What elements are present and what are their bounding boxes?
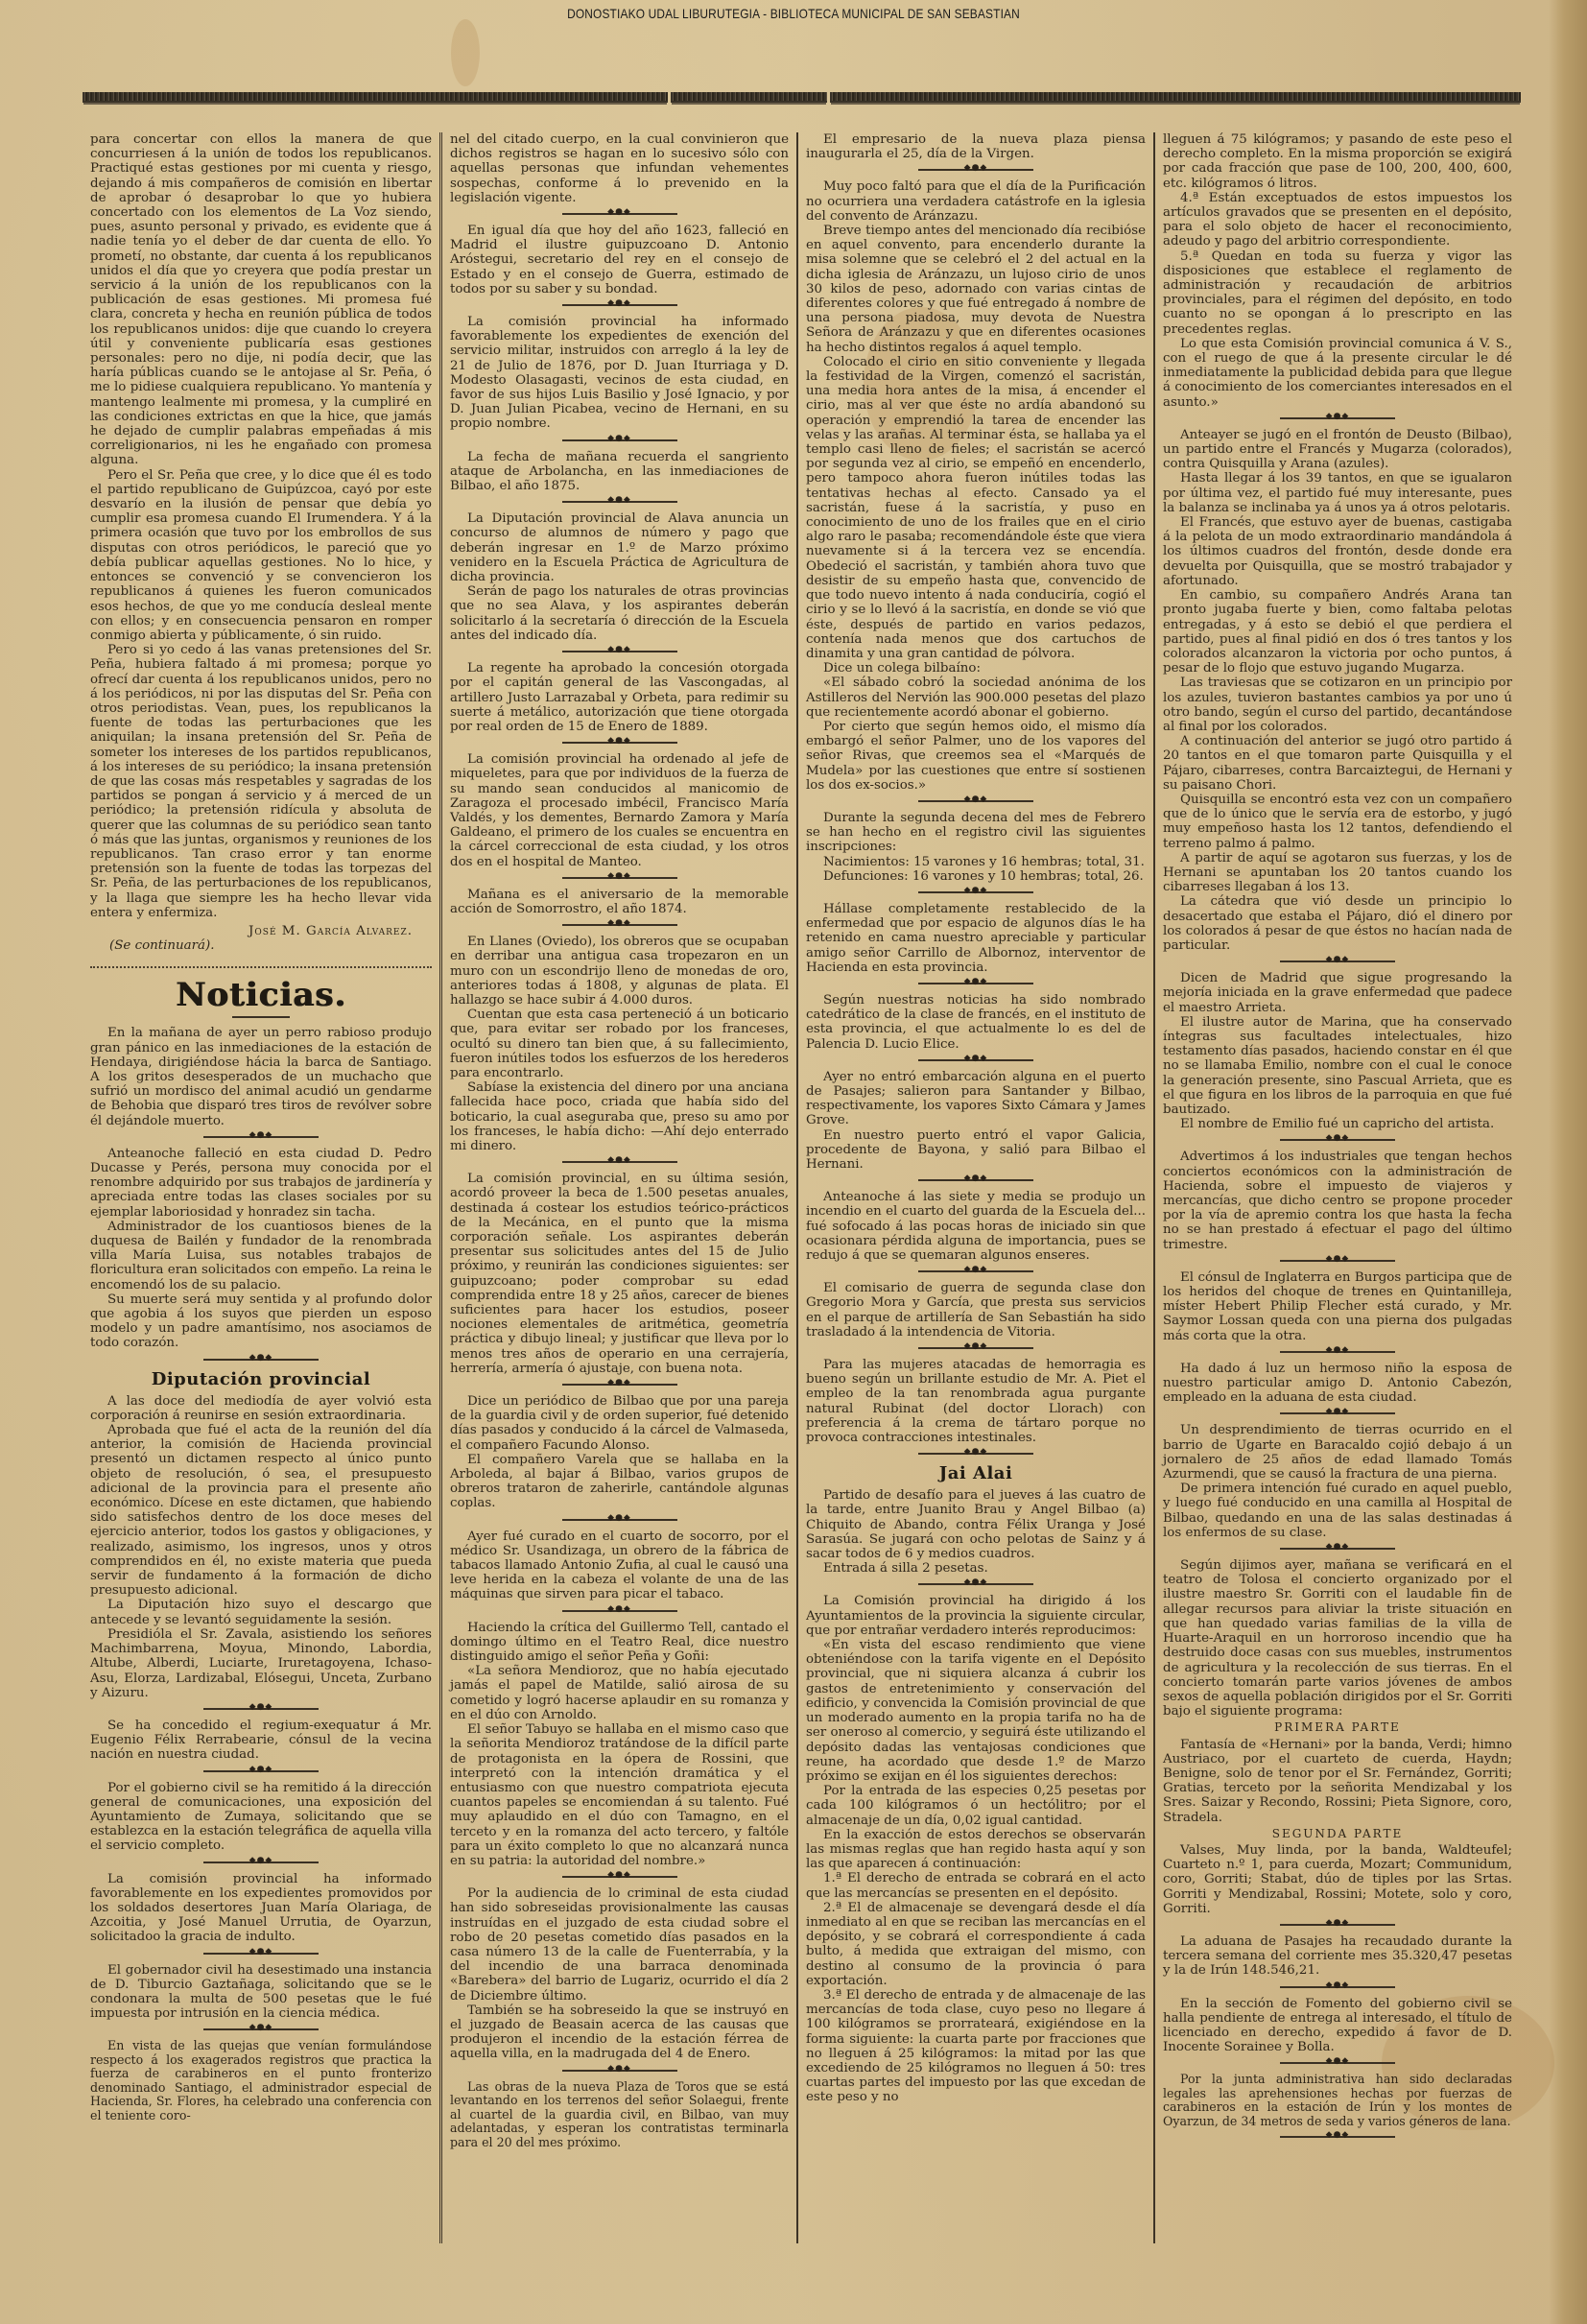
ornamental-separator	[1280, 1983, 1395, 1991]
news-paragraph: Dicen de Madrid que sigue progresando la…	[1163, 971, 1512, 1015]
news-paragraph: Se ha concedido el regium-exequatur á Mr…	[90, 1719, 432, 1763]
news-paragraph: Lo que esta Comisión provincial comunica…	[1163, 337, 1512, 410]
news-paragraph: Ayer fué curado en el cuarto de socorro,…	[450, 1530, 789, 1602]
news-paragraph: El nombre de Emilio fué un capricho del …	[1163, 1117, 1512, 1131]
news-paragraph: Colocado el cirio en sitio conveniente y…	[806, 355, 1146, 661]
ornamental-separator	[203, 1705, 319, 1713]
news-paragraph: A las doce del mediodía de ayer volvió e…	[90, 1394, 432, 1423]
news-paragraph: Muy poco faltó para que el día de la Pur…	[806, 179, 1146, 224]
news-paragraph: El cónsul de Inglaterra en Burgos partic…	[1163, 1270, 1512, 1343]
ornamental-separator	[1280, 2059, 1395, 2067]
news-paragraph: 2.ª El de almacenaje se devengará desde …	[806, 1901, 1146, 1988]
news-paragraph: Defunciones: 16 varones y 10 hembras; to…	[806, 869, 1146, 884]
news-paragraph: Para las mujeres atacadas de hemorragia …	[806, 1358, 1146, 1445]
ornamental-separator	[1280, 415, 1395, 422]
column-3: El empresario de la nueva plaza piensa i…	[796, 132, 1153, 2243]
news-paragraph: El Francés, que estuvo ayer de buenas, c…	[1163, 515, 1512, 588]
library-watermark: DONOSTIAKO UDAL LIBURUTEGIA - BIBLIOTECA…	[119, 6, 1468, 21]
ornamental-separator	[562, 1873, 677, 1881]
news-paragraph: nel del citado cuerpo, en la cual convin…	[450, 132, 789, 205]
news-paragraph: Entrada á silla 2 pesetas.	[806, 1561, 1146, 1576]
news-paragraph: El señor Tabuyo se hallaba en el mismo c…	[450, 1722, 789, 1868]
news-paragraph: Fantasía de «Hernani» por la banda, Verd…	[1163, 1738, 1512, 1825]
news-paragraph: En vista de las quejas que venían formul…	[90, 2039, 432, 2122]
news-paragraph: Serán de pago los naturales de otras pro…	[450, 584, 789, 643]
news-paragraph: Dice un colega bilbaíno:	[806, 661, 1146, 676]
ornamental-separator	[918, 1268, 1033, 1275]
ornamental-separator	[562, 648, 677, 655]
ornamental-separator	[562, 874, 677, 882]
program-subheading: Primera parte	[1163, 1720, 1512, 1735]
section-heading: Jai Alai	[806, 1463, 1146, 1484]
news-paragraph: Anteanoche á las siete y media se produj…	[806, 1190, 1146, 1263]
news-paragraph: Partido de desafío para el jueves á las …	[806, 1488, 1146, 1561]
news-paragraph: Nacimientos: 15 varones y 16 hembras; to…	[806, 855, 1146, 869]
news-paragraph: Pero el Sr. Peña que cree, y lo dice que…	[90, 468, 432, 643]
ornamental-separator	[562, 739, 677, 747]
news-paragraph: La comisión provincial ha ordenado al je…	[450, 752, 789, 869]
news-paragraph: Breve tiempo antes del mencionado día re…	[806, 224, 1146, 355]
news-paragraph: En Llanes (Oviedo), los obreros que se o…	[450, 935, 789, 1008]
section-headline: Noticias.	[90, 974, 432, 1016]
news-paragraph: La comisión provincial ha informado favo…	[90, 1872, 432, 1945]
ornamental-separator	[203, 1356, 319, 1364]
ornamental-separator	[203, 1133, 319, 1141]
ornamental-separator	[918, 797, 1033, 805]
news-paragraph: La comisión provincial, en su última ses…	[450, 1172, 789, 1376]
news-paragraph: Pero si yo cedo á las vanas pretensiones…	[90, 643, 432, 920]
author-signature: José M. García Alvarez.	[90, 924, 432, 938]
news-paragraph: Haciendo la crítica del Guillermo Tell, …	[450, 1621, 789, 1665]
continuation-note: (Se continuará).	[90, 938, 432, 953]
ornamental-separator	[918, 1176, 1033, 1184]
news-paragraph: En la mañana de ayer un perro rabioso pr…	[90, 1026, 432, 1127]
news-paragraph: Aprobada que fué el acta de la reunión d…	[90, 1423, 432, 1598]
ornamental-separator	[203, 2026, 319, 2033]
ornamental-separator	[562, 921, 677, 929]
news-paragraph: Sabíase la existencia del dinero por una…	[450, 1080, 789, 1153]
news-paragraph: Valses, Muy linda, por la banda, Waldteu…	[1163, 1843, 1512, 1916]
news-paragraph: Su muerte será muy sentida y al profundo…	[90, 1292, 432, 1351]
news-paragraph: lleguen á 75 kilógramos; y pasando de es…	[1163, 132, 1512, 191]
news-paragraph: Anteanoche falleció en esta ciudad D. Pe…	[90, 1147, 432, 1220]
ornamental-separator	[562, 1516, 677, 1524]
ornamental-separator	[203, 1950, 319, 1957]
news-paragraph: De primera intención fué curado en aquel…	[1163, 1482, 1512, 1540]
ornamental-separator	[562, 1381, 677, 1388]
news-paragraph: Ayer no entró embarcación alguna en el p…	[806, 1070, 1146, 1128]
ornamental-separator	[1280, 1348, 1395, 1356]
news-paragraph: Hasta llegar á los 39 tantos, en que se …	[1163, 471, 1512, 515]
column-1: para concertar con ellos la manera de qu…	[83, 132, 439, 2243]
ornamental-separator	[918, 889, 1033, 896]
news-paragraph: El comisario de guerra de segunda clase …	[806, 1281, 1146, 1340]
news-paragraph: Las traviesas que se cotizaron en un pri…	[1163, 676, 1512, 734]
ornamental-separator	[918, 1580, 1033, 1588]
news-paragraph: Un desprendimiento de tierras ocurrido e…	[1163, 1423, 1512, 1482]
section-heading: Diputación provincial	[90, 1369, 432, 1390]
wavy-rule	[90, 959, 432, 968]
ornamental-separator	[562, 437, 677, 444]
news-paragraph: Cuentan que esta casa perteneció á un bo…	[450, 1008, 789, 1080]
news-paragraph: «El sábado cobró la sociedad anónima de …	[806, 676, 1146, 720]
news-paragraph: El empresario de la nueva plaza piensa i…	[806, 132, 1146, 161]
page-edge-shadow	[1549, 0, 1587, 2324]
ornamental-separator	[918, 1450, 1033, 1458]
news-paragraph: 5.ª Quedan en toda su fuerza y vigor las…	[1163, 249, 1512, 337]
ornamental-separator	[918, 1344, 1033, 1352]
ornamental-separator	[562, 498, 677, 506]
news-paragraph: La Comisión provincial ha dirigido á los…	[806, 1594, 1146, 1638]
news-paragraph: Dice un periódico de Bilbao que por una …	[450, 1394, 789, 1453]
ornamental-separator	[918, 980, 1033, 987]
news-paragraph: 4.ª Están exceptuados de estos impuestos…	[1163, 191, 1512, 249]
news-paragraph: La Diputación hizo suyo el descargo que …	[90, 1598, 432, 1626]
column-4: lleguen á 75 kilógramos; y pasando de es…	[1153, 132, 1520, 2243]
news-paragraph: Durante la segunda decena del mes de Feb…	[806, 811, 1146, 855]
news-paragraph: La aduana de Pasajes ha recaudado durant…	[1163, 1934, 1512, 1979]
news-paragraph: En la exacción de estos derechos se obse…	[806, 1828, 1146, 1872]
ornamental-separator	[1280, 958, 1395, 965]
masthead-rule	[83, 92, 1522, 106]
news-paragraph: Según dijimos ayer, mañana se verificará…	[1163, 1558, 1512, 1719]
news-paragraph: A continuación del anterior se jugó otro…	[1163, 734, 1512, 793]
news-paragraph: 1.ª El derecho de entrada se cobrará en …	[806, 1871, 1146, 1900]
news-paragraph: Las obras de la nueva Plaza de Toros que…	[450, 2080, 789, 2150]
news-paragraph: Por la entrada de las especies 0,25 pese…	[806, 1784, 1146, 1828]
ornamental-separator	[1280, 1257, 1395, 1265]
news-paragraph: En la sección de Fomento del gobierno ci…	[1163, 1997, 1512, 2055]
news-paragraph: Quisquilla se encontró esta vez con un c…	[1163, 793, 1512, 851]
news-paragraph: El compañero Varela que se hallaba en la…	[450, 1453, 789, 1511]
news-paragraph: Hállase completamente restablecido de la…	[806, 902, 1146, 975]
news-paragraph: En nuestro puerto entró el vapor Galicia…	[806, 1128, 1146, 1173]
headline-underline	[232, 1016, 290, 1018]
newspaper-columns: para concertar con ellos la manera de qu…	[83, 132, 1520, 2243]
news-paragraph: para concertar con ellos la manera de qu…	[90, 132, 432, 468]
ornamental-separator	[562, 301, 677, 309]
news-paragraph: «En vista del escaso rendimiento que vie…	[806, 1638, 1146, 1784]
news-paragraph: La cátedra que vió desde un principio lo…	[1163, 894, 1512, 953]
ornamental-separator	[203, 1767, 319, 1775]
ornamental-separator	[1280, 1410, 1395, 1417]
news-paragraph: La Diputación provincial de Alava anunci…	[450, 511, 789, 584]
news-paragraph: La comisión provincial ha informado favo…	[450, 315, 789, 432]
news-paragraph: En cambio, su compañero Andrés Arana tan…	[1163, 588, 1512, 676]
news-paragraph: «La señora Mendioroz, que no había ejecu…	[450, 1664, 789, 1722]
news-paragraph: Por el gobierno civil se ha remitido á l…	[90, 1781, 432, 1854]
column-2: nel del citado cuerpo, en la cual convin…	[439, 132, 796, 2243]
news-paragraph: Presidióla el Sr. Zavala, asistiendo los…	[90, 1627, 432, 1700]
ornamental-separator	[562, 210, 677, 218]
news-paragraph: La regente ha aprobado la concesión otor…	[450, 661, 789, 734]
news-paragraph: Advertimos á los industriales que tengan…	[1163, 1150, 1512, 1251]
ornamental-separator	[1280, 1136, 1395, 1144]
news-paragraph: Por la junta administrativa han sido dec…	[1163, 2073, 1512, 2128]
news-paragraph: Mañana es el aniversario de la memorable…	[450, 888, 789, 916]
news-paragraph: En igual día que hoy del año 1623, falle…	[450, 224, 789, 296]
news-paragraph: 3.ª El derecho de entrada y de almacenaj…	[806, 1988, 1146, 2105]
news-paragraph: La fecha de mañana recuerda el sangrient…	[450, 450, 789, 494]
news-paragraph: Administrador de los cuantiosos bienes d…	[90, 1220, 432, 1292]
news-paragraph: Por cierto que según hemos oido, el mism…	[806, 720, 1146, 793]
program-subheading: Segunda parte	[1163, 1827, 1512, 1841]
ornamental-separator	[1280, 1545, 1395, 1553]
news-paragraph: El ilustre autor de Marina, que ha conse…	[1163, 1015, 1512, 1117]
ornamental-separator	[1280, 2133, 1395, 2141]
paper-stain	[451, 19, 480, 86]
ornamental-separator	[918, 166, 1033, 174]
news-paragraph: También se ha sobreseido la que se instr…	[450, 2004, 789, 2062]
ornamental-separator	[562, 1158, 677, 1166]
news-paragraph: El gobernador civil ha desestimado una i…	[90, 1963, 432, 2022]
news-paragraph: A partir de aquí se agotaron sus fuerzas…	[1163, 851, 1512, 895]
ornamental-separator	[562, 1607, 677, 1615]
ornamental-separator	[918, 1056, 1033, 1064]
news-paragraph: Ha dado á luz un hermoso niño la esposa …	[1163, 1362, 1512, 1406]
ornamental-separator	[562, 2067, 677, 2075]
news-paragraph: Según nuestras noticias ha sido nombrado…	[806, 993, 1146, 1052]
news-paragraph: Anteayer se jugó en el frontón de Deusto…	[1163, 428, 1512, 472]
ornamental-separator	[1280, 1921, 1395, 1929]
news-paragraph: Por la audiencia de lo criminal de esta …	[450, 1886, 789, 2004]
ornamental-separator	[203, 1859, 319, 1866]
